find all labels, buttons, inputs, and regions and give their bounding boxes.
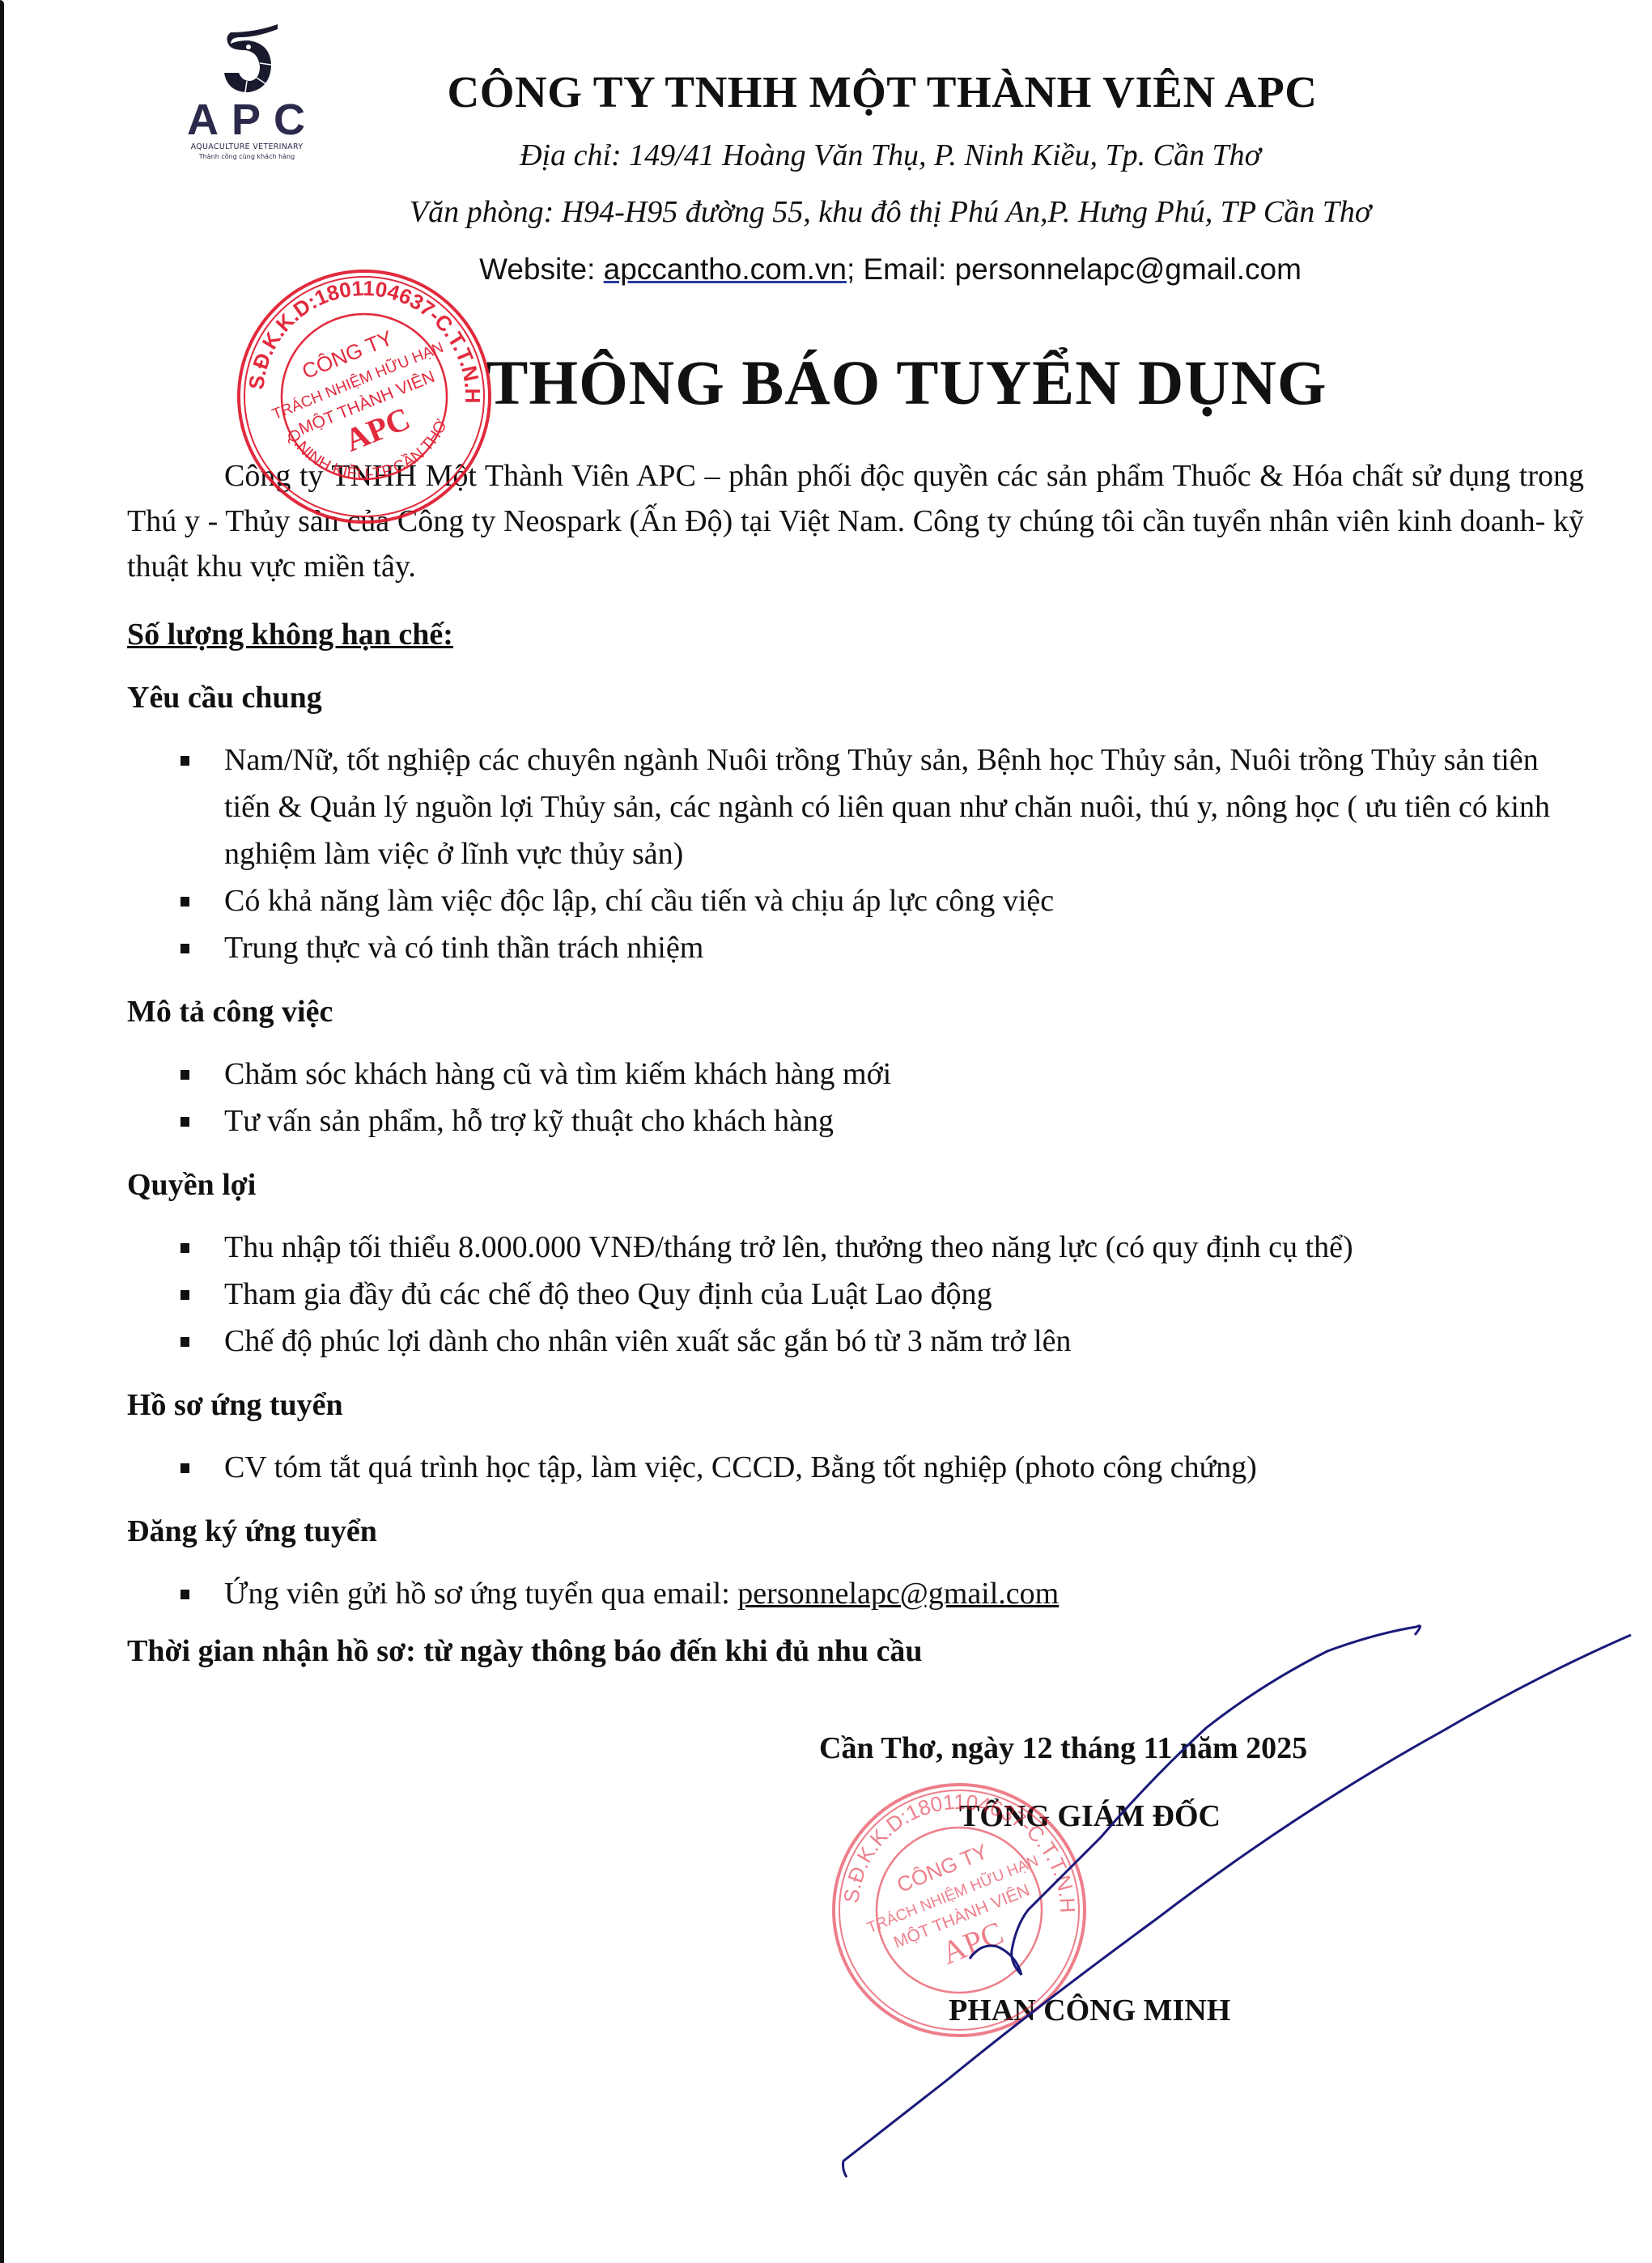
list-item: Tham gia đầy đủ các chế độ theo Quy định… bbox=[127, 1271, 1584, 1318]
svg-text:S.Đ.K.K.D:1801104637-C.T.T.N.H: S.Đ.K.K.D:1801104637-C.T.T.N.H.H bbox=[826, 1777, 1080, 1913]
svg-text:TRÁCH NHIỆM HỮU HẠN: TRÁCH NHIỆM HỮU HẠN bbox=[864, 1852, 1041, 1937]
company-address: Địa chỉ: 149/41 Hoàng Văn Thụ, P. Ninh K… bbox=[243, 138, 1538, 173]
section-heading-requirements: Yêu cầu chung bbox=[127, 675, 1584, 720]
contact-line: Website: apccantho.com.vn; Email: person… bbox=[243, 253, 1538, 287]
application-docs-list: CV tóm tắt quá trình học tập, làm việc, … bbox=[127, 1444, 1584, 1491]
website-label: Website: bbox=[479, 253, 604, 286]
apply-list: Ứng viên gửi hồ sơ ứng tuyển qua email: … bbox=[127, 1570, 1584, 1617]
list-item: Ứng viên gửi hồ sơ ứng tuyển qua email: … bbox=[127, 1570, 1584, 1617]
svg-text:APC: APC bbox=[340, 400, 415, 459]
page-title: THÔNG BÁO TUYỂN DỤNG bbox=[437, 346, 1376, 419]
requirements-list: Nam/Nữ, tốt nghiệp các chuyên ngành Nuôi… bbox=[127, 737, 1584, 971]
deadline-line: Thời gian nhận hồ sơ: từ ngày thông báo … bbox=[127, 1628, 1584, 1674]
shrimp-logo-icon bbox=[206, 16, 287, 97]
section-heading-apply: Đăng ký ứng tuyển bbox=[127, 1509, 1584, 1554]
list-item: CV tóm tắt quá trình học tập, làm việc, … bbox=[127, 1444, 1584, 1491]
benefits-list: Thu nhập tối thiểu 8.000.000 VNĐ/tháng t… bbox=[127, 1224, 1584, 1365]
signature-date: Cần Thơ, ngày 12 tháng 11 năm 2025 bbox=[819, 1730, 1307, 1766]
logo-brand: APC bbox=[162, 97, 332, 142]
list-item: Chế độ phúc lợi dành cho nhân viên xuất … bbox=[127, 1318, 1584, 1365]
list-item: Chăm sóc khách hàng cũ và tìm kiếm khách… bbox=[127, 1051, 1584, 1098]
list-item: Trung thực và có tinh thần trách nhiệm bbox=[127, 924, 1584, 971]
list-item: Có khả năng làm việc độc lập, chí cầu ti… bbox=[127, 877, 1584, 924]
list-item: Tư vấn sản phẩm, hỗ trợ kỹ thuật cho khá… bbox=[127, 1098, 1584, 1144]
svg-text:CÔNG TY: CÔNG TY bbox=[894, 1839, 992, 1897]
job-description-list: Chăm sóc khách hàng cũ và tìm kiếm khách… bbox=[127, 1051, 1584, 1144]
list-item: Nam/Nữ, tốt nghiệp các chuyên ngành Nuôi… bbox=[127, 737, 1584, 877]
svg-text:MỘT THÀNH VIÊN: MỘT THÀNH VIÊN bbox=[296, 367, 438, 439]
intro-paragraph: Công ty TNHH Một Thành Viên APC – phân p… bbox=[127, 453, 1584, 589]
svg-text:TRÁCH NHIỆM HỮU HẠN: TRÁCH NHIỆM HỮU HẠN bbox=[270, 338, 446, 423]
notice-body: Công ty TNHH Một Thành Viên APC – phân p… bbox=[127, 453, 1584, 1674]
list-item: Thu nhập tối thiểu 8.000.000 VNĐ/tháng t… bbox=[127, 1224, 1584, 1271]
svg-text:APC: APC bbox=[936, 1914, 1009, 1972]
header-email[interactable]: personnelapc@gmail.com bbox=[955, 253, 1302, 286]
section-heading-job-description: Mô tả công việc bbox=[127, 989, 1584, 1034]
website-link[interactable]: apccantho.com.vn bbox=[604, 253, 847, 286]
section-heading-benefits: Quyền lợi bbox=[127, 1162, 1584, 1208]
signature-name: PHAN CÔNG MINH bbox=[949, 1993, 1230, 2028]
quantity-heading: Số lượng không hạn chế: bbox=[127, 612, 1584, 657]
signature-role: TỔNG GIÁM ĐỐC bbox=[959, 1798, 1221, 1834]
svg-text:CÔNG TY: CÔNG TY bbox=[299, 325, 397, 384]
apply-text: Ứng viên gửi hồ sơ ứng tuyển qua email: bbox=[224, 1577, 737, 1611]
svg-text:MỘT THÀNH VIÊN: MỘT THÀNH VIÊN bbox=[891, 1881, 1033, 1952]
company-name: CÔNG TY TNHH MỘT THÀNH VIÊN APC bbox=[380, 66, 1384, 117]
section-heading-application-docs: Hồ sơ ứng tuyển bbox=[127, 1382, 1584, 1428]
apply-email-link[interactable]: personnelapc@gmail.com bbox=[737, 1577, 1059, 1611]
company-office: Văn phòng: H94-H95 đường 55, khu đô thị … bbox=[243, 194, 1538, 230]
email-label: ; Email: bbox=[847, 253, 955, 286]
recruitment-notice-page: APC AQUACULTURE VETERINARY Thành công cù… bbox=[0, 0, 1652, 2263]
